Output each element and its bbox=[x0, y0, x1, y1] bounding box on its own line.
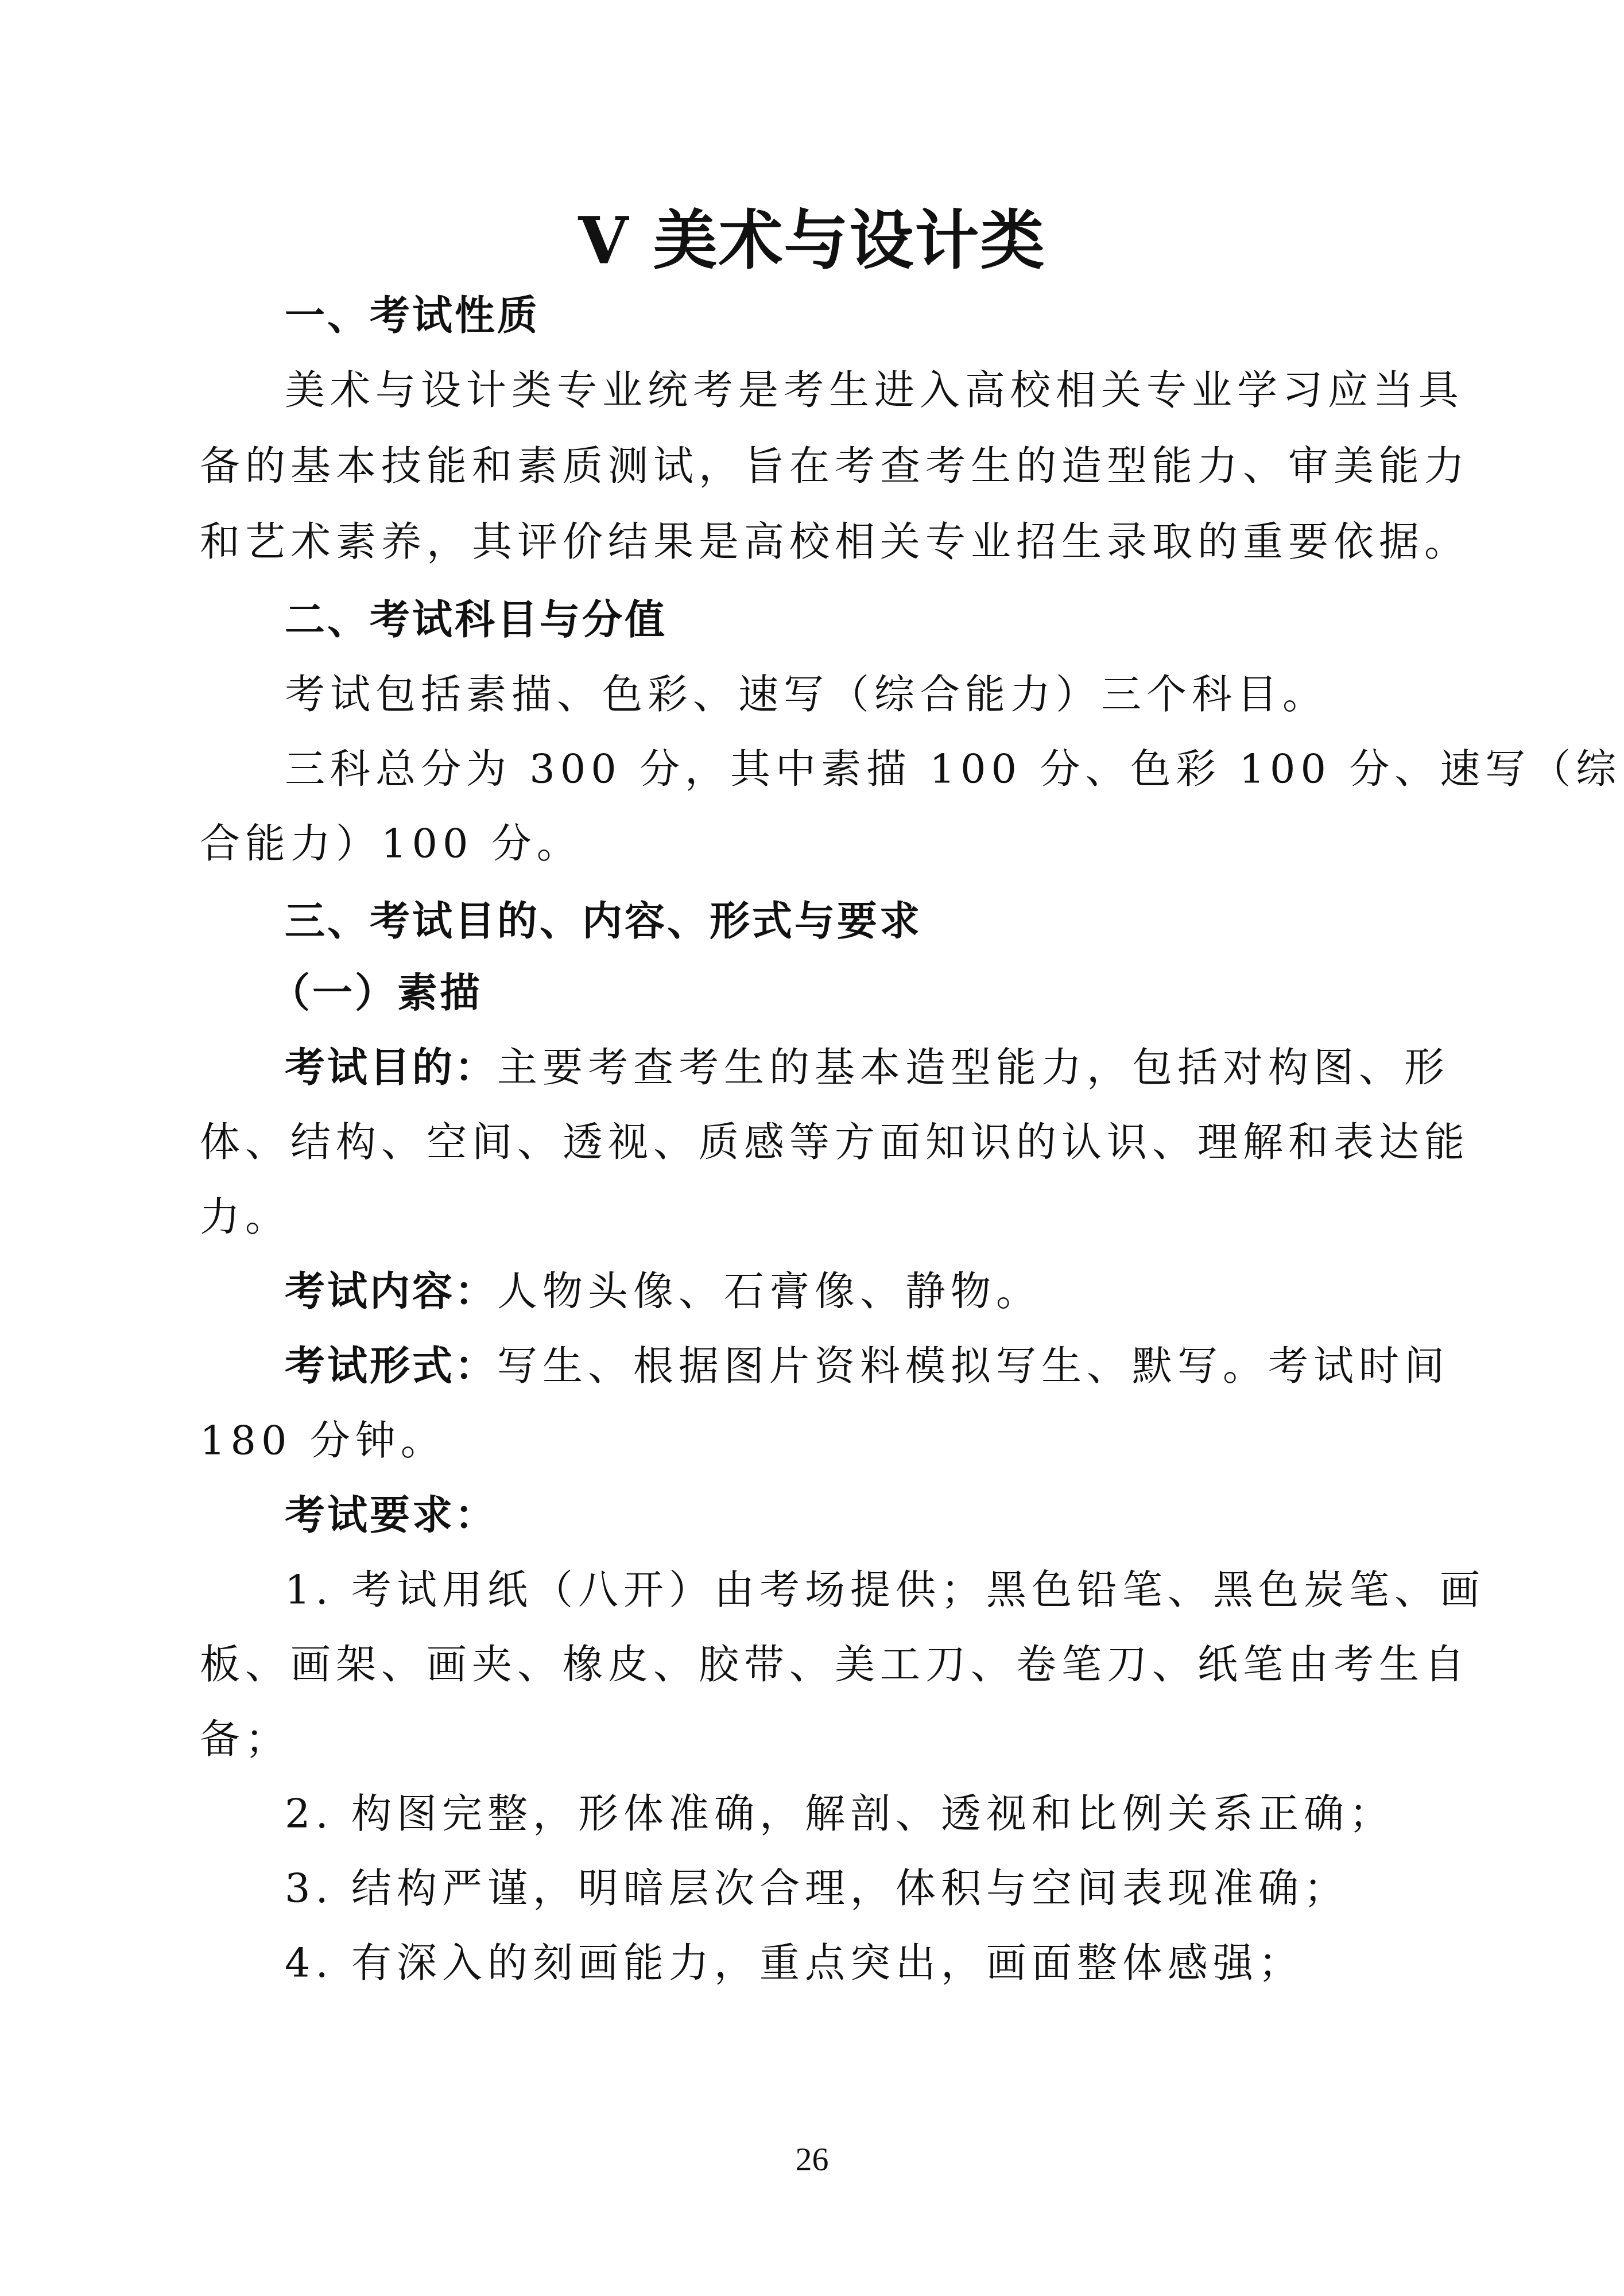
label-content: 考试内容： bbox=[285, 1268, 497, 1315]
paragraph-line: 考试目的：主要考查考生的基本造型能力，包括对构图、形 bbox=[285, 1039, 1519, 1096]
section-heading-subjects: 二、考试科目与分值 bbox=[285, 591, 1519, 649]
paragraph-line: 考试包括素描、色彩、速写（综合能力）三个科目。 bbox=[285, 666, 1519, 723]
label-requirements: 考试要求： bbox=[285, 1487, 1519, 1544]
paragraph-line: 美术与设计类专业统考是考生进入高校相关专业学习应当具 bbox=[285, 362, 1519, 419]
requirement-item: 备； bbox=[200, 1711, 1434, 1768]
paragraph-line: 力。 bbox=[200, 1188, 1434, 1246]
section-heading-nature: 一、考试性质 bbox=[285, 287, 1519, 344]
paragraph-line: 180 分钟。 bbox=[200, 1412, 1434, 1469]
label-form: 考试形式： bbox=[285, 1343, 497, 1390]
subsection-heading-sketch: （一）素描 bbox=[270, 964, 1504, 1022]
requirement-item: 板、画架、画夹、橡皮、胶带、美工刀、卷笔刀、纸笔由考生自 bbox=[200, 1636, 1434, 1693]
section-heading-purpose: 三、考试目的、内容、形式与要求 bbox=[285, 893, 1519, 950]
paragraph-line: 考试形式：写生、根据图片资料模拟写生、默写。考试时间 bbox=[285, 1337, 1519, 1395]
requirement-item: 3. 结构严谨，明暗层次合理，体积与空间表现准确； bbox=[285, 1860, 1519, 1917]
requirement-item: 4. 有深入的刻画能力，重点突出，画面整体感强； bbox=[285, 1934, 1519, 1992]
paragraph-line: 体、结构、空间、透视、质感等方面知识的认识、理解和表达能 bbox=[200, 1114, 1434, 1171]
page-title: V 美术与设计类 bbox=[0, 195, 1624, 287]
paragraph-line: 备的基本技能和素质测试，旨在考查考生的造型能力、审美能力 bbox=[200, 437, 1434, 495]
label-purpose: 考试目的： bbox=[285, 1044, 497, 1091]
paragraph-line: 和艺术素养，其评价结果是高校相关专业招生录取的重要依据。 bbox=[200, 513, 1434, 571]
paragraph-line: 考试内容：人物头像、石膏像、静物。 bbox=[285, 1263, 1519, 1320]
requirement-item: 2. 构图完整，形体准确，解剖、透视和比例关系正确； bbox=[285, 1785, 1519, 1843]
paragraph-line: 三科总分为 300 分，其中素描 100 分、色彩 100 分、速写（综 bbox=[285, 740, 1519, 798]
content-text: 人物头像、石膏像、静物。 bbox=[497, 1268, 1041, 1315]
purpose-text: 主要考查考生的基本造型能力，包括对构图、形 bbox=[497, 1044, 1449, 1091]
page-number: 26 bbox=[0, 2136, 1624, 2182]
form-text: 写生、根据图片资料模拟写生、默写。考试时间 bbox=[497, 1343, 1449, 1390]
paragraph-line: 合能力）100 分。 bbox=[200, 815, 1434, 872]
requirement-item: 1. 考试用纸（八开）由考场提供；黑色铅笔、黑色炭笔、画 bbox=[285, 1561, 1519, 1619]
document-page: V 美术与设计类 一、考试性质 美术与设计类专业统考是考生进入高校相关专业学习应… bbox=[0, 0, 1624, 2296]
